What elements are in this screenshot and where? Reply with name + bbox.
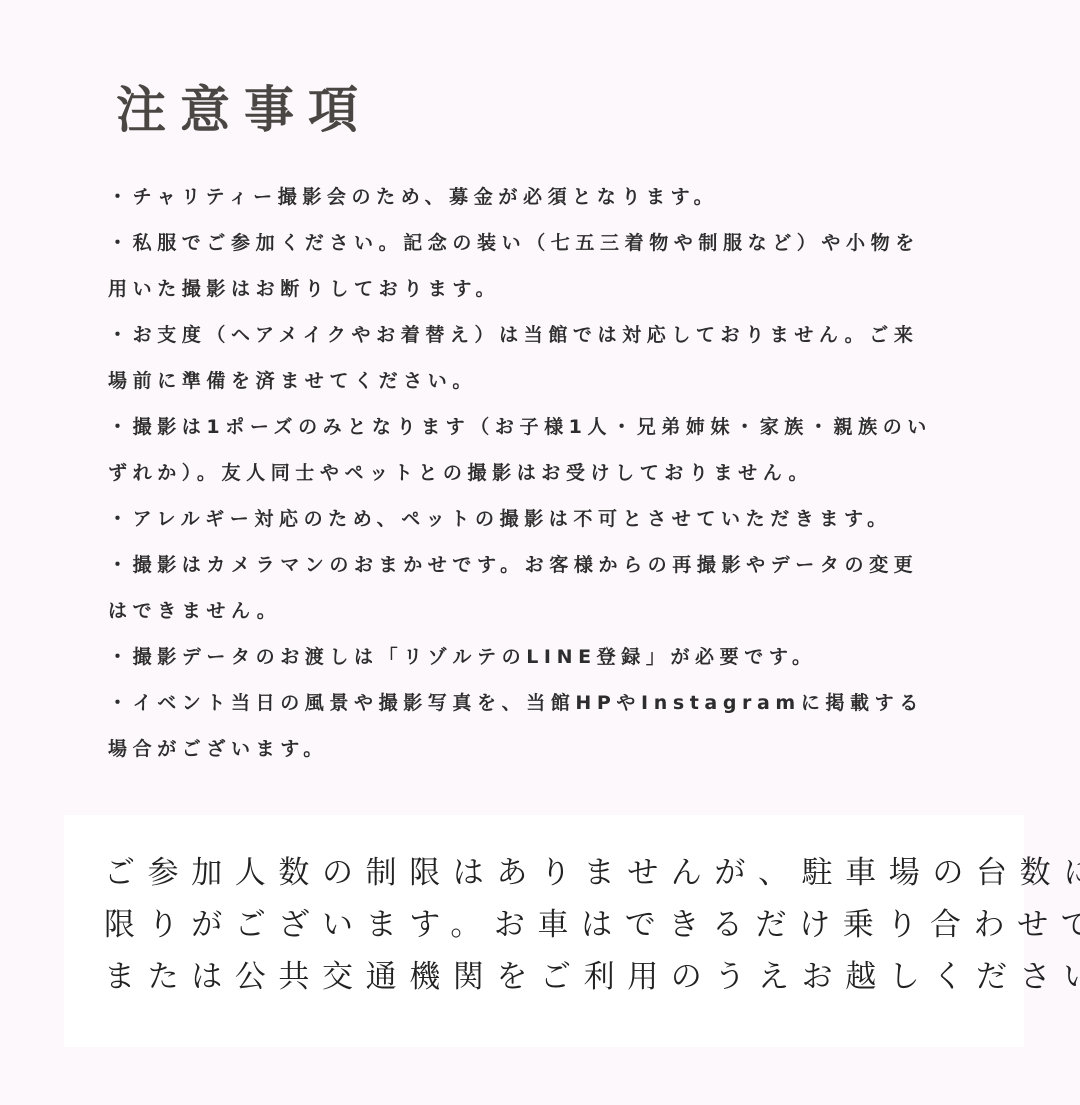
notice-line: ご参加人数の制限はありませんが、駐車場の台数には [104, 847, 1080, 899]
note-line: 場合がございます。 [108, 726, 1048, 772]
note-line: ・アレルギー対応のため、ペットの撮影は不可とさせていただきます。 [108, 496, 1048, 542]
notes-list: ・チャリティー撮影会のため、募金が必須となります。 ・私服でご参加ください。記念… [108, 174, 1048, 772]
note-line: ・チャリティー撮影会のため、募金が必須となります。 [108, 174, 1048, 220]
page-title: 注意事項 [116, 78, 372, 142]
note-line: ずれか）。友人同士やペットとの撮影はお受けしておりません。 [108, 450, 1048, 496]
note-line: はできません。 [108, 588, 1048, 634]
note-line: ・撮影データのお渡しは「リゾルテのLINE登録」が必要です。 [108, 634, 1048, 680]
note-line: 場前に準備を済ませてください。 [108, 358, 1048, 404]
notice-line: 限りがございます。お車はできるだけ乗り合わせで、 [104, 899, 1080, 951]
note-line: ・イベント当日の風景や撮影写真を、当館HPやInstagramに掲載する [108, 680, 1048, 726]
note-line: ・お支度（ヘアメイクやお着替え）は当館では対応しておりません。ご来 [108, 312, 1048, 358]
notice-line: または公共交通機関をご利用のうえお越しください。 [104, 951, 1080, 1003]
note-line: 用いた撮影はお断りしております。 [108, 266, 1048, 312]
note-line: ・撮影は1ポーズのみとなります（お子様1人・兄弟姉妹・家族・親族のい [108, 404, 1048, 450]
parking-notice-text: ご参加人数の制限はありませんが、駐車場の台数には 限りがございます。お車はできる… [104, 847, 1080, 1003]
note-line: ・私服でご参加ください。記念の装い（七五三着物や制服など）や小物を [108, 220, 1048, 266]
parking-notice-box: ご参加人数の制限はありませんが、駐車場の台数には 限りがございます。お車はできる… [64, 815, 1024, 1047]
note-line: ・撮影はカメラマンのおまかせです。お客様からの再撮影やデータの変更 [108, 542, 1048, 588]
